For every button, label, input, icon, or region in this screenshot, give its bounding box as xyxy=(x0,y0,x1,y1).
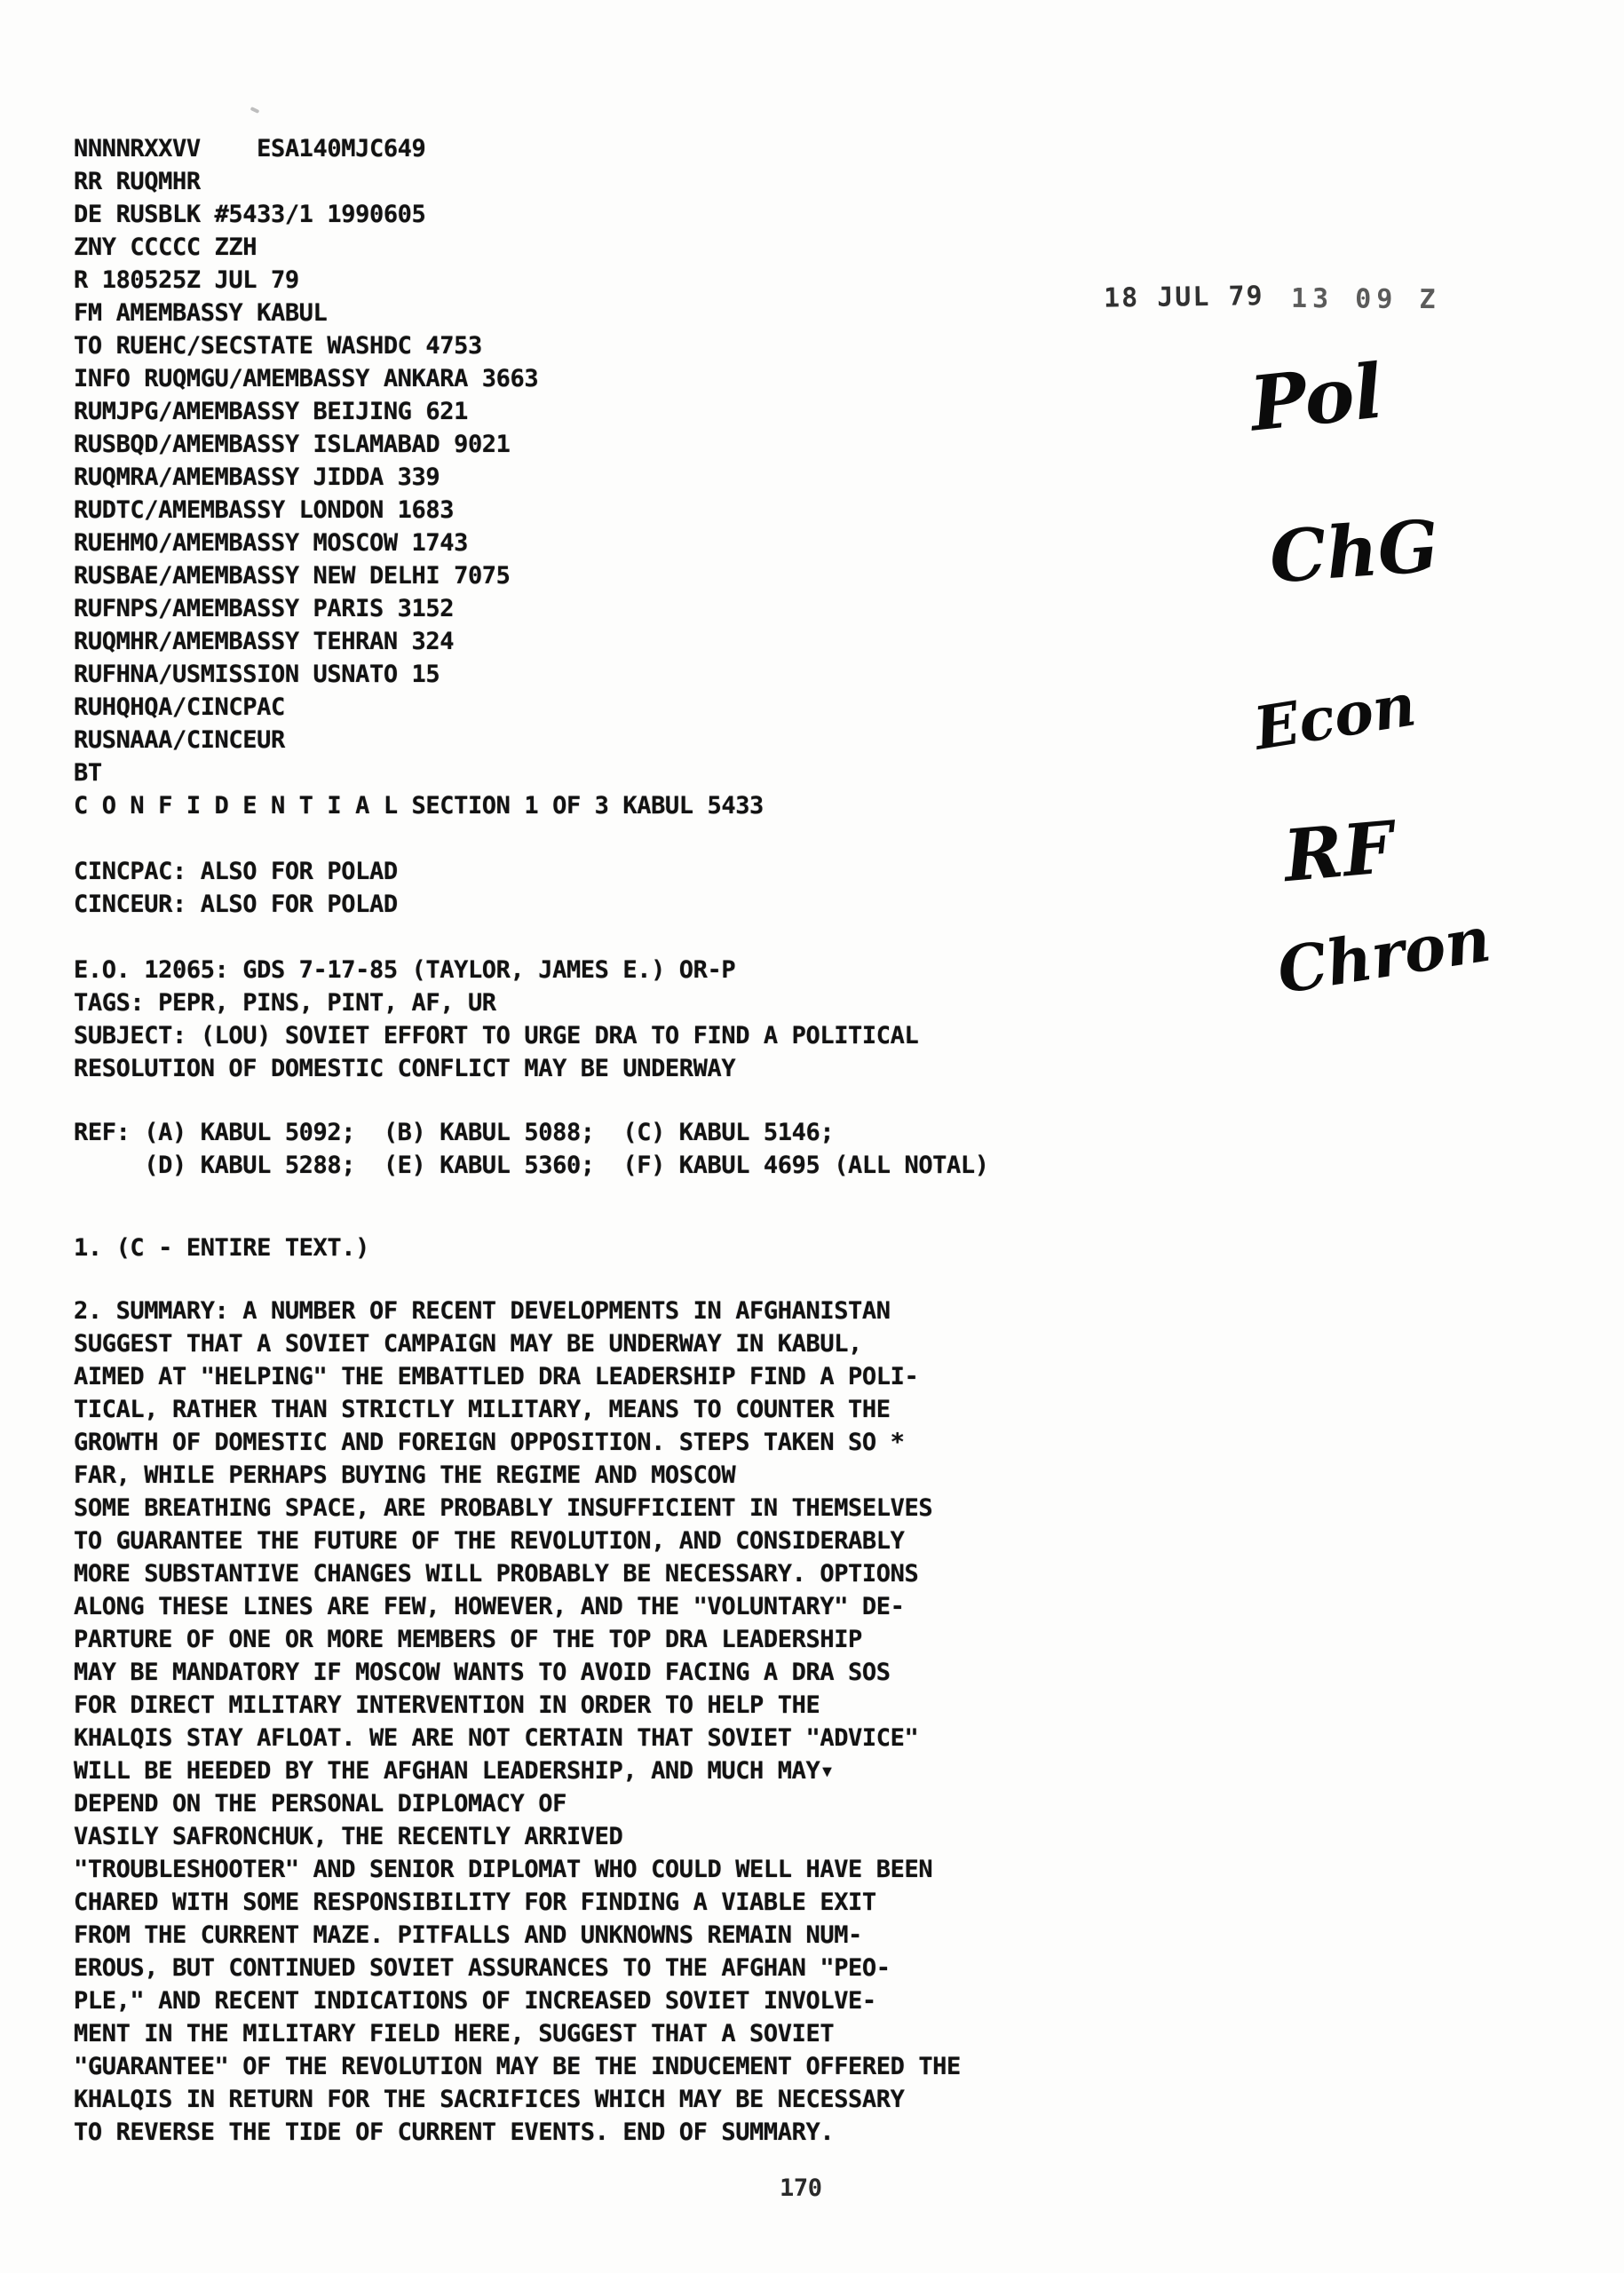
stamp-time: 13 09 Z xyxy=(1291,283,1441,315)
handwritten-annotation-chron: Chron xyxy=(1272,902,1495,1009)
summary-paragraph: 2. SUMMARY: A NUMBER OF RECENT DEVELOPME… xyxy=(74,1295,961,2149)
cable-routing-header: NNNNRXXVV ESA140MJC649 RR RUQMHR DE RUSB… xyxy=(74,132,764,822)
paragraph-1-classification: 1. (C - ENTIRE TEXT.) xyxy=(74,1232,369,1264)
received-date-stamp: 18 JUL 7913 09 Z xyxy=(1104,278,1440,313)
handwritten-annotation-econ: Econ xyxy=(1249,669,1420,764)
reference-block: REF: (A) KABUL 5092; (B) KABUL 5088; (C)… xyxy=(74,1116,989,1182)
handwritten-annotation-rf: RF xyxy=(1280,805,1397,898)
handwritten-annotation-pol: Pol xyxy=(1246,346,1386,447)
scanned-cable-page: NNNNRXXVV ESA140MJC649 RR RUQMHR DE RUSB… xyxy=(0,0,1624,2273)
page-number: 170 xyxy=(780,2172,822,2205)
handwritten-annotation-chg: ChG xyxy=(1267,503,1441,598)
polad-distribution-note: CINCPAC: ALSO FOR POLAD CINCEUR: ALSO FO… xyxy=(74,855,398,921)
eo-tags-subject-block: E.O. 12065: GDS 7-17-85 (TAYLOR, JAMES E… xyxy=(74,954,918,1085)
scan-artifact xyxy=(250,107,260,114)
stamp-date: 18 JUL 79 xyxy=(1104,281,1264,314)
